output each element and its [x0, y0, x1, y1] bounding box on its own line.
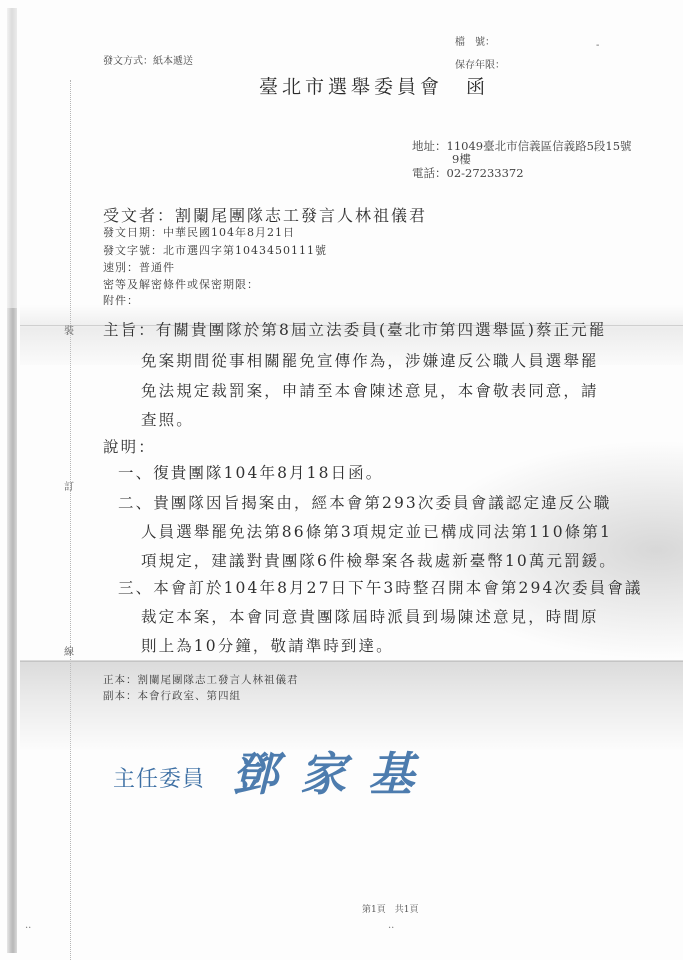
explanation-item-3-line-1: 三、本會訂於104年8月27日下午3時整召開本會第294次委員會議 — [118, 576, 642, 598]
signatory-title-stamp: 主任委員 — [113, 762, 205, 793]
explanation-item-1: 一、復貴團隊104年8月18日函。 — [118, 461, 383, 483]
urgency: 速別：普通件 — [103, 259, 175, 275]
issue-date: 發文日期：中華民國104年8月21日 — [103, 224, 295, 240]
scan-edge-highlight — [7, 8, 17, 308]
document-title: 臺北市選舉委員會 函 — [259, 72, 489, 99]
binding-mark-xian: 線 — [64, 643, 74, 658]
sender-phone: 電話：02-27233372 — [412, 165, 524, 181]
subject-line-4: 查照。 — [141, 408, 194, 430]
signatory-name-stamp: 鄧家基 — [232, 738, 436, 804]
explanation-item-3-line-3: 則上為10分鐘，敬請準時到達。 — [141, 634, 394, 656]
attachments: 附件： — [103, 292, 139, 308]
explanation-item-3-line-2: 裁定本案，本會同意貴團隊屆時派員到場陳述意見，時間原 — [141, 605, 599, 627]
dispatch-method: 發文方式：紙本遞送 — [103, 52, 193, 67]
scanned-document-page: 裝 訂 線 發文方式：紙本遞送 檔 號： - 保存年限： 臺北市選舉委員會 函 … — [0, 0, 683, 960]
explanation-item-2-line-1: 二、貴團隊因旨揭案由，經本會第293次委員會議認定違反公職 — [118, 491, 612, 513]
scan-dots-center: .. — [388, 920, 394, 931]
explanation-item-2-line-2: 人員選舉罷免法第86條第3項規定並已構成同法第110條第1 — [141, 520, 612, 542]
binding-mark-ding: 訂 — [64, 478, 74, 493]
copy-recipients: 副本：本會行政室、第四組 — [103, 688, 241, 703]
scan-speck: - — [596, 40, 599, 51]
subject-line-1: 主旨：有關貴團隊於第8屆立法委員(臺北市第四選舉區)蔡正元罷 — [103, 318, 606, 340]
page-number: 第1頁 共1頁 — [362, 902, 418, 915]
binding-dotted-line — [70, 80, 71, 960]
explanation-heading: 說明： — [103, 435, 156, 457]
scan-dots-left: .. — [25, 920, 31, 931]
document-number: 發文字號：北市選四字第1043450111號 — [103, 242, 327, 258]
original-recipient: 正本：割闌尾團隊志工發言人林祖儀君 — [103, 672, 299, 687]
retention-label: 保存年限： — [455, 56, 505, 71]
explanation-item-2-line-3: 項規定，建議對貴團隊6件檢舉案各裁處新臺幣10萬元罰鍰。 — [141, 549, 617, 571]
recipient: 受文者：割闌尾團隊志工發言人林祖儀君 — [103, 203, 427, 226]
paper-crease-line — [20, 661, 683, 662]
binding-mark-zhuang: 裝 — [64, 322, 74, 337]
subject-line-2: 免案期間從事相關罷免宣傳作為，涉嫌違反公職人員選舉罷 — [141, 349, 599, 371]
file-number-label: 檔 號： — [455, 33, 495, 48]
confidentiality: 密等及解密條件或保密期限： — [103, 276, 259, 292]
sender-address: 地址：11049臺北市信義區信義路5段15號 — [412, 138, 632, 154]
subject-line-3: 免法規定裁罰案，申請至本會陳述意見，本會敬表同意，請 — [141, 379, 599, 401]
